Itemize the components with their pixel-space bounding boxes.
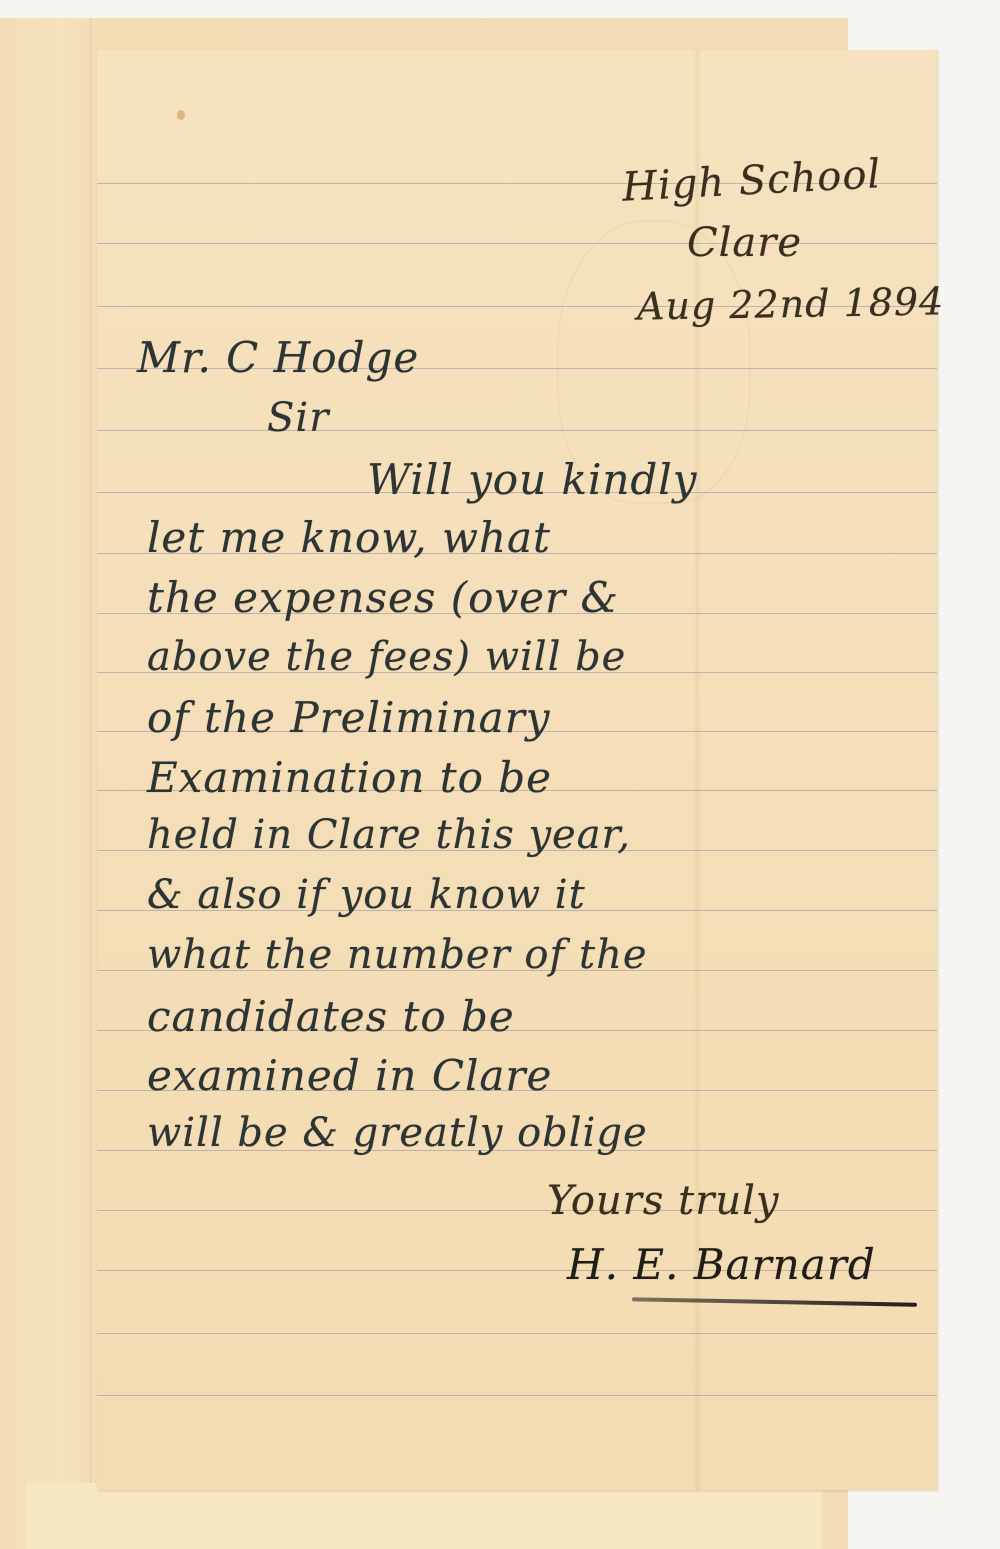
signature-underline: [632, 1297, 917, 1306]
greeting: Sir: [267, 395, 329, 441]
body-line: above the fees) will be: [147, 634, 626, 680]
body-line: & also if you know it: [147, 872, 586, 918]
body-line: the expenses (over &: [147, 573, 619, 622]
body-line: of the Preliminary: [147, 693, 551, 742]
body-line: what the number of the: [147, 932, 648, 978]
recipient-name: Mr. C Hodge: [137, 333, 419, 382]
ruled-line: [97, 1210, 937, 1211]
body-line: Will you kindly: [367, 455, 697, 504]
letter-sheet: High School Clare Aug 22nd 1894 Mr. C Ho…: [97, 50, 937, 1490]
body-line: let me know, what: [147, 513, 551, 562]
body-line: examined in Clare: [147, 1051, 552, 1100]
back-sheet-lower-edge: [25, 1483, 822, 1549]
ruled-line: [97, 1333, 937, 1334]
ruled-line: [97, 243, 937, 244]
fold-crease: [90, 18, 94, 1549]
address-line-1: High School: [621, 151, 882, 211]
address-line-2: Clare: [687, 220, 802, 266]
valediction: Yours truly: [547, 1178, 779, 1224]
letter-date: Aug 22nd 1894: [637, 279, 945, 328]
signature: H. E. Barnard: [567, 1240, 876, 1289]
body-line: held in Clare this year,: [147, 812, 631, 858]
ink-stain: [177, 110, 185, 120]
body-line: will be & greatly oblige: [147, 1110, 648, 1156]
ruled-line: [97, 1395, 937, 1396]
body-line: candidates to be: [147, 992, 515, 1041]
body-line: Examination to be: [147, 753, 552, 802]
ruled-line: [97, 430, 937, 431]
